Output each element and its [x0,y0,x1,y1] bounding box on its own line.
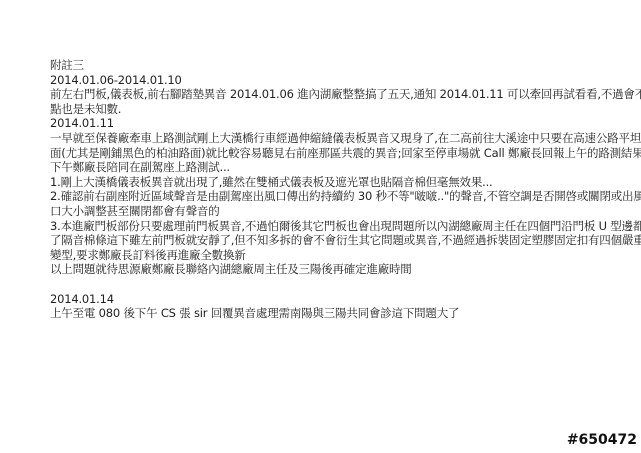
text-line: 一早就至保養廠牽車上路測試剛上大漢橋行車經過伸縮縫儀表板異音又現身了,在二高前往… [50,131,635,146]
text-line: 上午至電 080 後下午 CS 張 sir 回覆異音處理需南陽與三陽共同會診這下… [50,306,635,321]
text-line: 了隔音棉條這下雖左前門板就安靜了,但不知多拆的會不會衍生其它問題或異音,不過經過… [50,233,635,248]
text-line: 口大小調整甚至關閉都會有聲音的 [50,204,635,219]
text-line: 面(尤其是剛鋪黑色的柏油路面)就比較容易聽見右前座那區共震的異音;回家至停車場就… [50,146,635,161]
text-line: 變型,要求鄭廠長訂料後再進廠全數換新 [50,248,635,263]
text-line: 下午鄭廠長陪同在副駕座上路測試... [50,160,635,175]
document-page: 附註三 2014.01.06-2014.01.10 前左右門板,儀表板,前右腳踏… [0,0,641,453]
text-line: 前左右門板,儀表板,前右腳踏墊異音 2014.01.06 進內湖廠整整搞了五天,… [50,87,635,102]
note-text-block: 附註三 2014.01.06-2014.01.10 前左右門板,儀表板,前右腳踏… [50,58,635,321]
list-item-2: 2.確認前右副座附近區域聲音是由副駕座出風口傳出約持續約 30 秒不等"啵啵..… [50,189,635,204]
note-title: 附註三 [50,58,635,73]
post-id-watermark: #650472 [567,432,637,448]
text-line: 點也是未知數. [50,102,635,117]
date-heading: 2014.01.14 [50,292,635,307]
blank-line [50,277,635,292]
list-item-3: 3.本進廠門板部份只要處理前門板異音,不過怕爾後其它門板也會出現問題所以內湖總廠… [50,219,635,234]
date-heading: 2014.01.11 [50,116,635,131]
text-line: 以上問題就待思源廠鄭廠長聯絡內湖總廠周主任及三陽後再確定進廠時間 [50,262,635,277]
date-range: 2014.01.06-2014.01.10 [50,73,635,88]
list-item-1: 1.剛上大漢橋儀表板異音就出現了,雖然在雙桶式儀表板及遮光罩也貼隔音棉但毫無效果… [50,175,635,190]
